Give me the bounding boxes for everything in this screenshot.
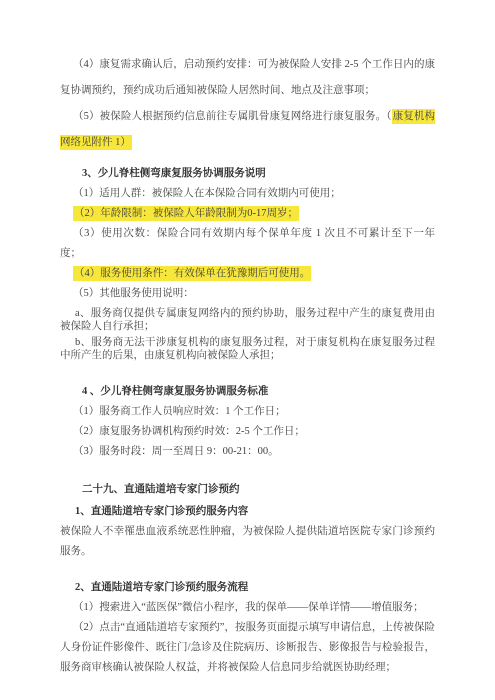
section29-sub2-heading: 2、直通陆道培专家门诊预约服务流程: [60, 578, 435, 598]
section3-heading: 3、少儿脊柱侧弯康复服务协调服务说明: [60, 164, 435, 184]
section29-sub1-heading: 1、直通陆道培专家门诊预约服务内容: [60, 502, 435, 522]
section4-item-2: （2）康复服务协调机构预约时效：2-5 个工作日；: [60, 422, 435, 442]
section29-sub1-body: 被保险人不幸罹患血液系统恶性肿瘤，为被保险人提供陆道培医院专家门诊预约服务。: [60, 522, 435, 562]
section29-sub2-item-1: （1）搜索进入“蓝医保”微信小程序，我的保单——保单详情——增值服务；: [60, 598, 435, 618]
intro-item-5: （5）被保险人根据预约信息前往专属肌骨康复网络进行康复服务。（康复机构网络见附件…: [60, 104, 435, 156]
section3-item-5: （5）其他服务使用说明：: [60, 284, 435, 304]
section4-item-3: （3）服务时段：周一至周日 9：00-21：00。: [60, 442, 435, 462]
section3-item-1: （1）适用人群：被保险人在本保险合同有效期内可使用；: [60, 184, 435, 204]
section4-heading: 4 、少儿脊柱侧弯康复服务协调服务标准: [60, 382, 435, 402]
highlight: （2）年龄限制：被保险人年龄限制为0-17周岁；: [73, 206, 299, 221]
section3-item-2: （2）年龄限制：被保险人年龄限制为0-17周岁；: [60, 204, 435, 224]
highlight: （4）服务使用条件：有效保单在犹豫期后可使用。: [73, 266, 311, 281]
section3-subitem-a: a、服务商仅提供专属康复网络内的预约协助，服务过程中产生的康复费用由被保险人自行…: [60, 307, 435, 333]
document-page: （4）康复需求确认后，启动预约安排：可为被保险人安排 2-5 个工作日内的康复协…: [0, 0, 495, 700]
intro-item-5-text: （5）被保险人根据预约信息前往专属肌骨康复网络进行康复服务。（: [73, 111, 392, 122]
section3-item-3: （3）使用次数：保险合同有效期内每个保单年度 1 次且不可累计至下一年度；: [60, 224, 435, 264]
section3-item-4: （4）服务使用条件：有效保单在犹豫期后可使用。: [60, 264, 435, 284]
section4-item-1: （1）服务商工作人员响应时效：1 个工作日；: [60, 402, 435, 422]
section29-sub2-item-2: （2）点击“直通陆道培专家预约”，按服务页面提示填写申请信息，上传被保险人身份证…: [60, 618, 435, 678]
section29-heading: 二十九、直通陆道培专家门诊预约: [60, 480, 435, 500]
section3-subitem-b: b、服务商无法干涉康复机构的康复服务过程，对于康复机构在康复服务过程中所产生的后…: [60, 336, 435, 362]
intro-item-4: （4）康复需求确认后，启动预约安排：可为被保险人安排 2-5 个工作日内的康复协…: [60, 52, 435, 104]
